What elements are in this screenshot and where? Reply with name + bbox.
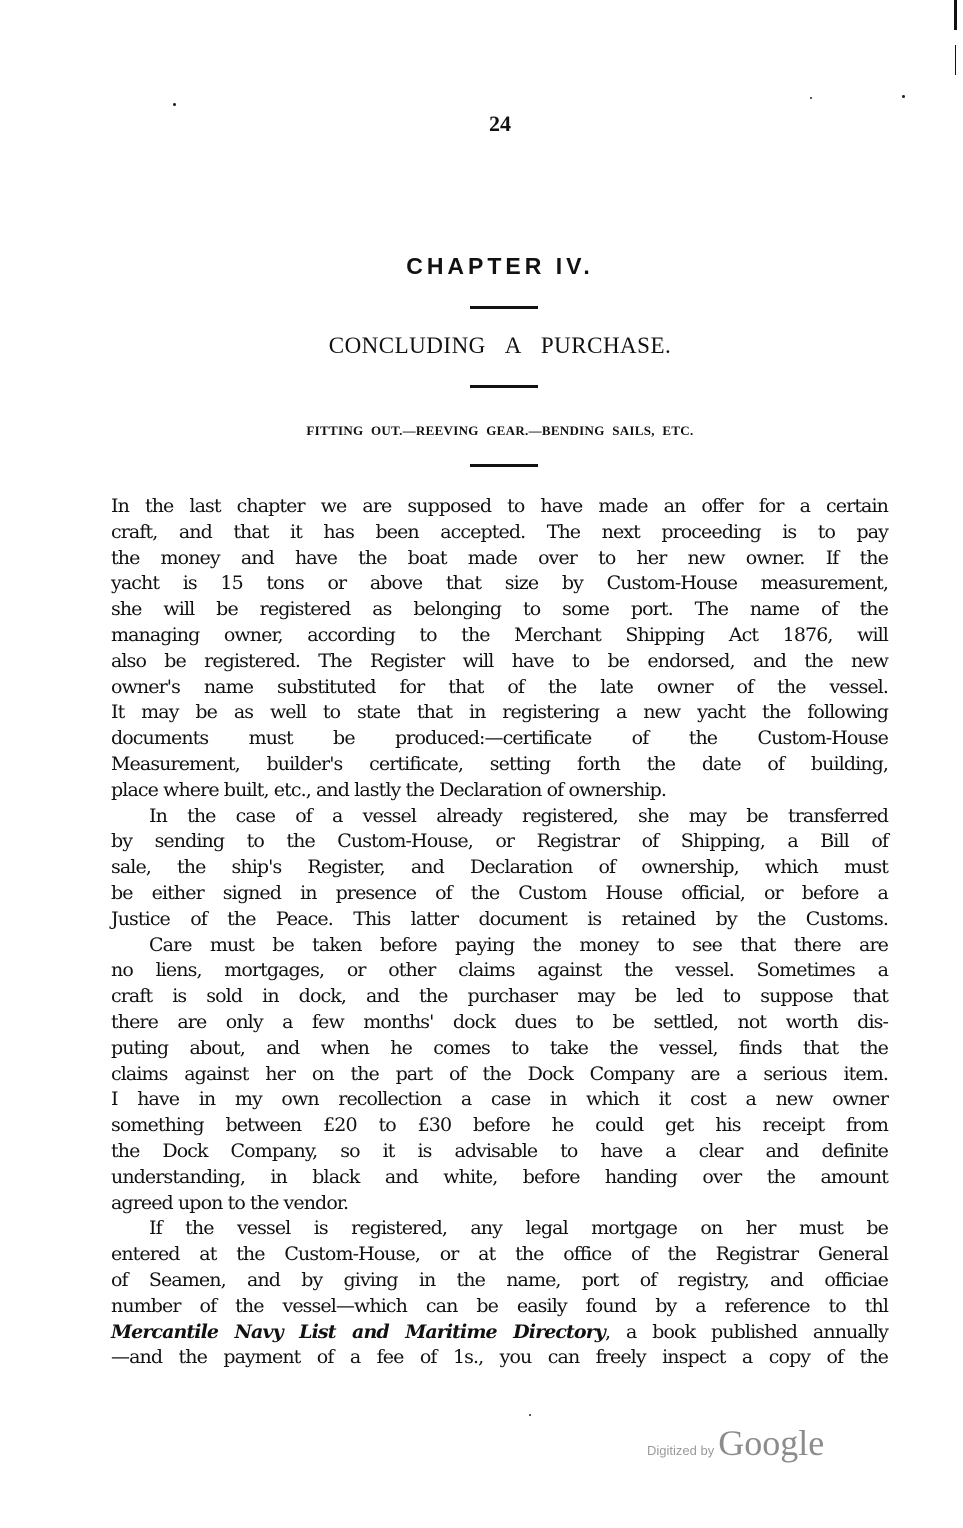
text-line: also be registered. The Register will ha… — [111, 649, 888, 675]
text-line: —and the payment of a fee of 1s., you ca… — [111, 1345, 888, 1371]
text-line: Measurement, builder's certificate, sett… — [111, 752, 888, 778]
divider-rule — [470, 385, 538, 388]
text-line: she will be registered as belonging to s… — [111, 597, 888, 623]
chapter-subtitle: CONCLUDING A PURCHASE. — [0, 333, 963, 359]
text-line: no liens, mortgages, or other claims aga… — [111, 958, 888, 984]
text-line: Care must be taken before paying the mon… — [111, 933, 888, 959]
text-line: documents must be produced:—certificate … — [111, 726, 888, 752]
text-line: understanding, in black and white, befor… — [111, 1165, 888, 1191]
text-line: by sending to the Custom-House, or Regis… — [111, 829, 888, 855]
text-line: sale, the ship's Register, and Declarati… — [111, 855, 888, 881]
text-line: the Dock Company, so it is advisable to … — [111, 1139, 888, 1165]
text-line: craft is sold in dock, and the purchaser… — [111, 984, 888, 1010]
text-line: entered at the Custom-House, or at the o… — [111, 1242, 888, 1268]
text-line: In the case of a vessel already register… — [111, 804, 888, 830]
text-line: owner's name substituted for that of the… — [111, 675, 888, 701]
divider-rule — [470, 464, 538, 467]
text-line: Mercantile Navy List and Maritime Direct… — [111, 1320, 888, 1346]
text-line: In the last chapter we are supposed to h… — [111, 494, 888, 520]
scan-speck — [529, 1414, 531, 1416]
text-line: number of the vessel—which can be easily… — [111, 1294, 888, 1320]
text-line: the money and have the boat made over to… — [111, 546, 888, 572]
text-line: I have in my own recollection a case in … — [111, 1087, 888, 1113]
text-line: puting about, and when he comes to take … — [111, 1036, 888, 1062]
page-edge-mark — [955, 45, 956, 75]
google-logo: Google — [718, 1422, 824, 1464]
text-line: claims against her on the part of the Do… — [111, 1062, 888, 1088]
text-line: managing owner, according to the Merchan… — [111, 623, 888, 649]
scan-speck — [902, 95, 905, 98]
text-line: be either signed in presence of the Cust… — [111, 881, 888, 907]
text-fragment: , a book published annually — [605, 1321, 888, 1343]
text-line: craft, and that it has been accepted. Th… — [111, 520, 888, 546]
text-line: If the vessel is registered, any legal m… — [111, 1216, 888, 1242]
text-line: there are only a few months' dock dues t… — [111, 1010, 888, 1036]
book-title: Mercantile Navy List and Maritime Direct… — [111, 1321, 605, 1343]
paragraph-2: In the case of a vessel already register… — [111, 804, 888, 933]
divider-rule — [470, 306, 538, 309]
chapter-title: CHAPTER IV. — [0, 253, 963, 280]
watermark-prefix: Digitized by — [647, 1443, 714, 1458]
digitized-by-watermark: Digitized by Google — [647, 1422, 824, 1464]
chapter-topics: FITTING OUT.—REEVING GEAR.—BENDING SAILS… — [0, 423, 963, 439]
text-line: something between £20 to £30 before he c… — [111, 1113, 888, 1139]
page-edge-mark — [954, 0, 957, 30]
page-number: 24 — [0, 111, 963, 137]
text-line: of Seamen, and by giving in the name, po… — [111, 1268, 888, 1294]
scan-speck — [173, 103, 176, 106]
body-text: In the last chapter we are supposed to h… — [111, 494, 888, 1371]
text-line: place where built, etc., and lastly the … — [111, 778, 888, 804]
text-line: Justice of the Peace. This latter docume… — [111, 907, 888, 933]
text-line: agreed upon to the vendor. — [111, 1191, 888, 1217]
text-line: yacht is 15 tons or above that size by C… — [111, 571, 888, 597]
paragraph-3: Care must be taken before paying the mon… — [111, 933, 888, 1217]
scan-speck — [810, 97, 812, 99]
paragraph-4: If the vessel is registered, any legal m… — [111, 1216, 888, 1371]
paragraph-1: In the last chapter we are supposed to h… — [111, 494, 888, 804]
text-line: It may be as well to state that in regis… — [111, 700, 888, 726]
